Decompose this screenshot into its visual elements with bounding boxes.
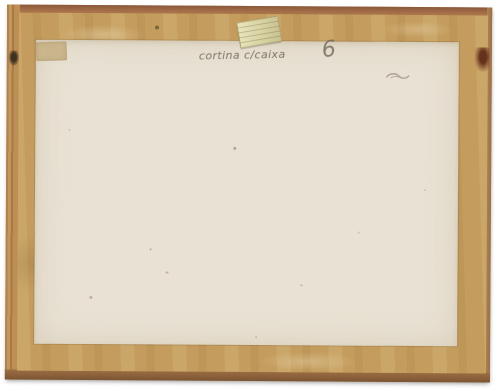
picture-frame-back: cortina c/caixa 6 bbox=[5, 5, 492, 383]
board-speck bbox=[150, 248, 152, 250]
handwritten-number: 6 bbox=[321, 37, 337, 63]
board-speck bbox=[255, 336, 257, 338]
backing-board bbox=[34, 40, 459, 347]
tape-speck bbox=[155, 25, 159, 29]
wood-knot-icon bbox=[9, 51, 19, 66]
board-speck bbox=[68, 129, 70, 131]
photo-background: cortina c/caixa 6 bbox=[0, 0, 500, 391]
wood-knot-icon bbox=[475, 47, 490, 71]
board-speck bbox=[233, 147, 236, 150]
pencil-smudge bbox=[385, 70, 411, 82]
label-residue bbox=[36, 41, 68, 61]
board-speck bbox=[424, 189, 426, 191]
board-speck bbox=[358, 232, 360, 234]
board-speck bbox=[89, 296, 92, 299]
board-speck bbox=[300, 284, 302, 286]
board-speck bbox=[166, 271, 169, 273]
